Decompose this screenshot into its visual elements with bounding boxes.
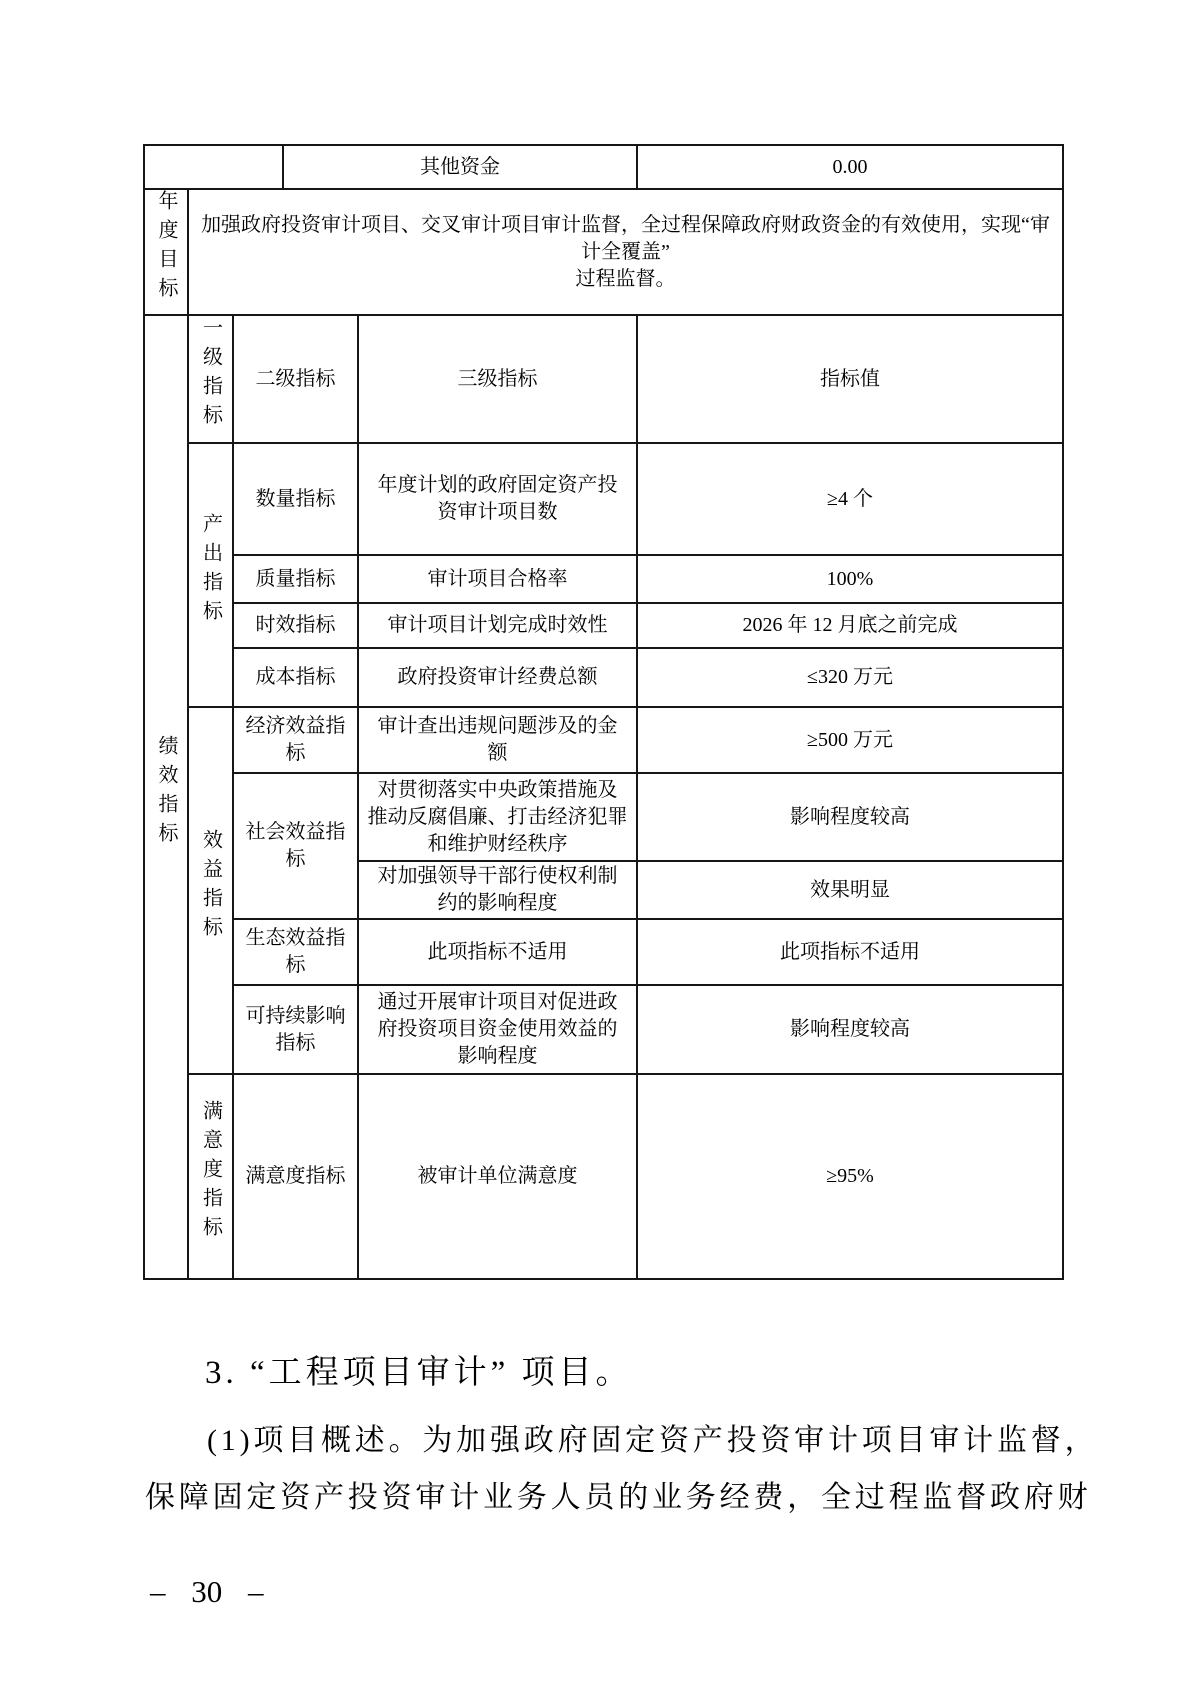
economic-value: ≥500 万元	[637, 707, 1063, 773]
social-value-leadership: 效果明显	[637, 861, 1063, 919]
cost-l2: 成本指标	[233, 648, 358, 707]
sustainable-l2: 可持续影响 指标	[233, 985, 358, 1074]
header-level1-cell: 一级指标	[188, 315, 233, 443]
section-heading: 3. “工程项目审计” 项目。	[205, 1354, 633, 1392]
ecological-l3: 此项指标不适用	[358, 919, 637, 985]
economic-l2: 经济效益指 标	[233, 707, 358, 773]
timeliness-value: 2026 年 12 月底之前完成	[637, 603, 1063, 648]
annual-goal-label: 年度目标	[156, 190, 176, 306]
satisfaction-l3: 被审计单位满意度	[358, 1074, 637, 1279]
annual-goal-text: 加强政府投资审计项目、交叉审计项目审计监督，全过程保障政府财政资金的有效使用，实…	[188, 189, 1063, 315]
satisfaction-indicator-row: 满意度指标 满意度指标 被审计单位满意度 ≥95%	[144, 1074, 1063, 1279]
satisfaction-side-cell: 满意度指标	[188, 1074, 233, 1279]
benefit-indicator-label: 效益指标	[201, 829, 221, 945]
indicator-header-row: 绩效指标 一级指标 二级指标 三级指标 指标值	[144, 315, 1063, 443]
cost-l3: 政府投资审计经费总额	[358, 648, 637, 707]
quality-indicator-row: 质量指标 审计项目合格率 100%	[144, 555, 1063, 603]
ecological-l2: 生态效益指 标	[233, 919, 358, 985]
document-page: 其他资金 0.00 年度目标 加强政府投资审计项目、交叉审计项目审计监督，全过程…	[0, 0, 1190, 1683]
benefit-indicator-cell: 效益指标	[188, 707, 233, 1074]
header-level2: 二级指标	[233, 315, 358, 443]
satisfaction-l2: 满意度指标	[233, 1074, 358, 1279]
page-number: – 30 –	[150, 1574, 264, 1610]
other-funds-label: 其他资金	[283, 145, 637, 189]
quantity-indicator-row: 产出指标 数量指标 年度计划的政府固定资产投 资审计项目数 ≥4 个	[144, 443, 1063, 555]
satisfaction-side-label: 满意度指标	[201, 1100, 221, 1245]
output-indicator-label: 产出指标	[201, 513, 221, 629]
timeliness-l2: 时效指标	[233, 603, 358, 648]
annual-goal-row: 年度目标 加强政府投资审计项目、交叉审计项目审计监督，全过程保障政府财政资金的有…	[144, 189, 1063, 315]
quantity-l2: 数量指标	[233, 443, 358, 555]
quality-l3: 审计项目合格率	[358, 555, 637, 603]
quality-value: 100%	[637, 555, 1063, 603]
sustainable-l3: 通过开展审计项目对促进政 府投资项目资金使用效益的 影响程度	[358, 985, 637, 1074]
perf-indicator-side-cell: 绩效指标	[144, 315, 188, 1279]
performance-indicators-table: 其他资金 0.00 年度目标 加强政府投资审计项目、交叉审计项目审计监督，全过程…	[143, 144, 1064, 1280]
cost-value: ≤320 万元	[637, 648, 1063, 707]
quality-l2: 质量指标	[233, 555, 358, 603]
other-funds-row: 其他资金 0.00	[144, 145, 1063, 189]
sustainable-value: 影响程度较高	[637, 985, 1063, 1074]
timeliness-l3: 审计项目计划完成时效性	[358, 603, 637, 648]
ecological-value: 此项指标不适用	[637, 919, 1063, 985]
social-l3-leadership: 对加强领导干部行使权利制 约的影响程度	[358, 861, 637, 919]
sustainable-impact-row: 可持续影响 指标 通过开展审计项目对促进政 府投资项目资金使用效益的 影响程度 …	[144, 985, 1063, 1074]
timeliness-indicator-row: 时效指标 审计项目计划完成时效性 2026 年 12 月底之前完成	[144, 603, 1063, 648]
social-l3-policy: 对贯彻落实中央政策措施及 推动反腐倡廉、打击经济犯罪 和维护财经秩序	[358, 773, 637, 861]
social-value-policy: 影响程度较高	[637, 773, 1063, 861]
economic-benefit-row: 效益指标 经济效益指 标 审计查出违规问题涉及的金 额 ≥500 万元	[144, 707, 1063, 773]
project-overview-paragraph: (1)项目概述。为加强政府固定资产投资审计项目审计监督， 保障固定资产投资审计业…	[145, 1412, 1125, 1526]
social-benefit-row-1: 社会效益指 标 对贯彻落实中央政策措施及 推动反腐倡廉、打击经济犯罪 和维护财经…	[144, 773, 1063, 861]
cost-indicator-row: 成本指标 政府投资审计经费总额 ≤320 万元	[144, 648, 1063, 707]
header-level1: 一级指标	[201, 317, 221, 433]
perf-indicator-side-label: 绩效指标	[156, 735, 176, 851]
quantity-l3: 年度计划的政府固定资产投 资审计项目数	[358, 443, 637, 555]
satisfaction-value: ≥95%	[637, 1074, 1063, 1279]
annual-goal-label-cell: 年度目标	[144, 189, 188, 315]
header-level3: 三级指标	[358, 315, 637, 443]
social-l2: 社会效益指 标	[233, 773, 358, 919]
other-funds-empty-cell	[144, 145, 283, 189]
ecological-benefit-row: 生态效益指 标 此项指标不适用 此项指标不适用	[144, 919, 1063, 985]
output-indicator-cell: 产出指标	[188, 443, 233, 707]
economic-l3: 审计查出违规问题涉及的金 额	[358, 707, 637, 773]
other-funds-value: 0.00	[637, 145, 1063, 189]
quantity-value: ≥4 个	[637, 443, 1063, 555]
header-value: 指标值	[637, 315, 1063, 443]
